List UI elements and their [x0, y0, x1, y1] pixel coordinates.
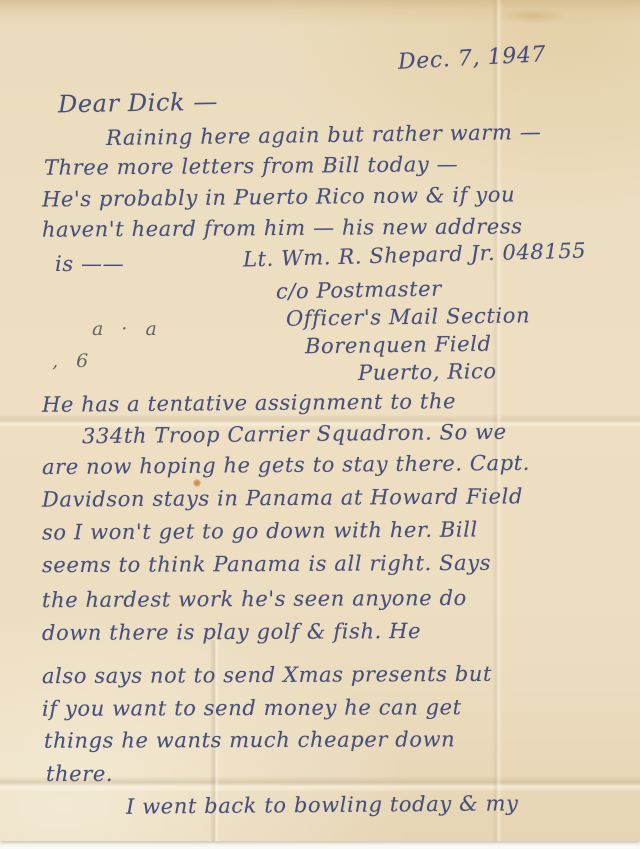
letter-line: 334th Troop Carrier Squadron. So we [82, 421, 507, 449]
letter-salutation: Dear Dick — [58, 89, 218, 118]
letter-line: also says not to send Xmas presents but [42, 663, 492, 688]
paper-stain [498, 8, 568, 24]
address-intro: is —— [55, 253, 124, 276]
letter-line: things he wants much cheaper down [44, 728, 455, 753]
letter-line: the hardest work he's seen anyone do [42, 587, 467, 612]
letter-line: down there is play golf & fish. He [42, 620, 421, 645]
address-line: Borenquen Field [305, 333, 492, 359]
letter-line: He has a tentative assignment to the [42, 390, 456, 417]
letter-line: there. [46, 763, 113, 786]
address-line: Officer's Mail Section [286, 304, 530, 331]
address-line: c/o Postmaster [276, 278, 442, 304]
letter-line: are now hoping he gets to stay there. Ca… [42, 452, 530, 479]
letter-line: so I won't get to go down with her. Bill [42, 518, 478, 544]
letter-line: He's probably in Puerto Rico now & if yo… [42, 184, 515, 212]
letter-line: if you want to send money he can get [42, 696, 462, 721]
margin-pen-mark: a · a [92, 318, 163, 340]
letter-line: I went back to bowling today & my [126, 792, 519, 819]
letter-scan: Dec. 7, 1947 Dear Dick — Raining here ag… [0, 0, 640, 849]
letter-line: Davidson stays in Panama at Howard Field [42, 485, 523, 511]
letter-line: seems to think Panama is all right. Says [42, 552, 491, 577]
letter-line: Three more letters from Bill today — [44, 153, 458, 180]
letter-line: haven't heard from him — his new address [42, 215, 523, 241]
address-line: Puerto, Rico [358, 360, 497, 385]
margin-pen-mark: ‚ 6 [52, 350, 94, 372]
